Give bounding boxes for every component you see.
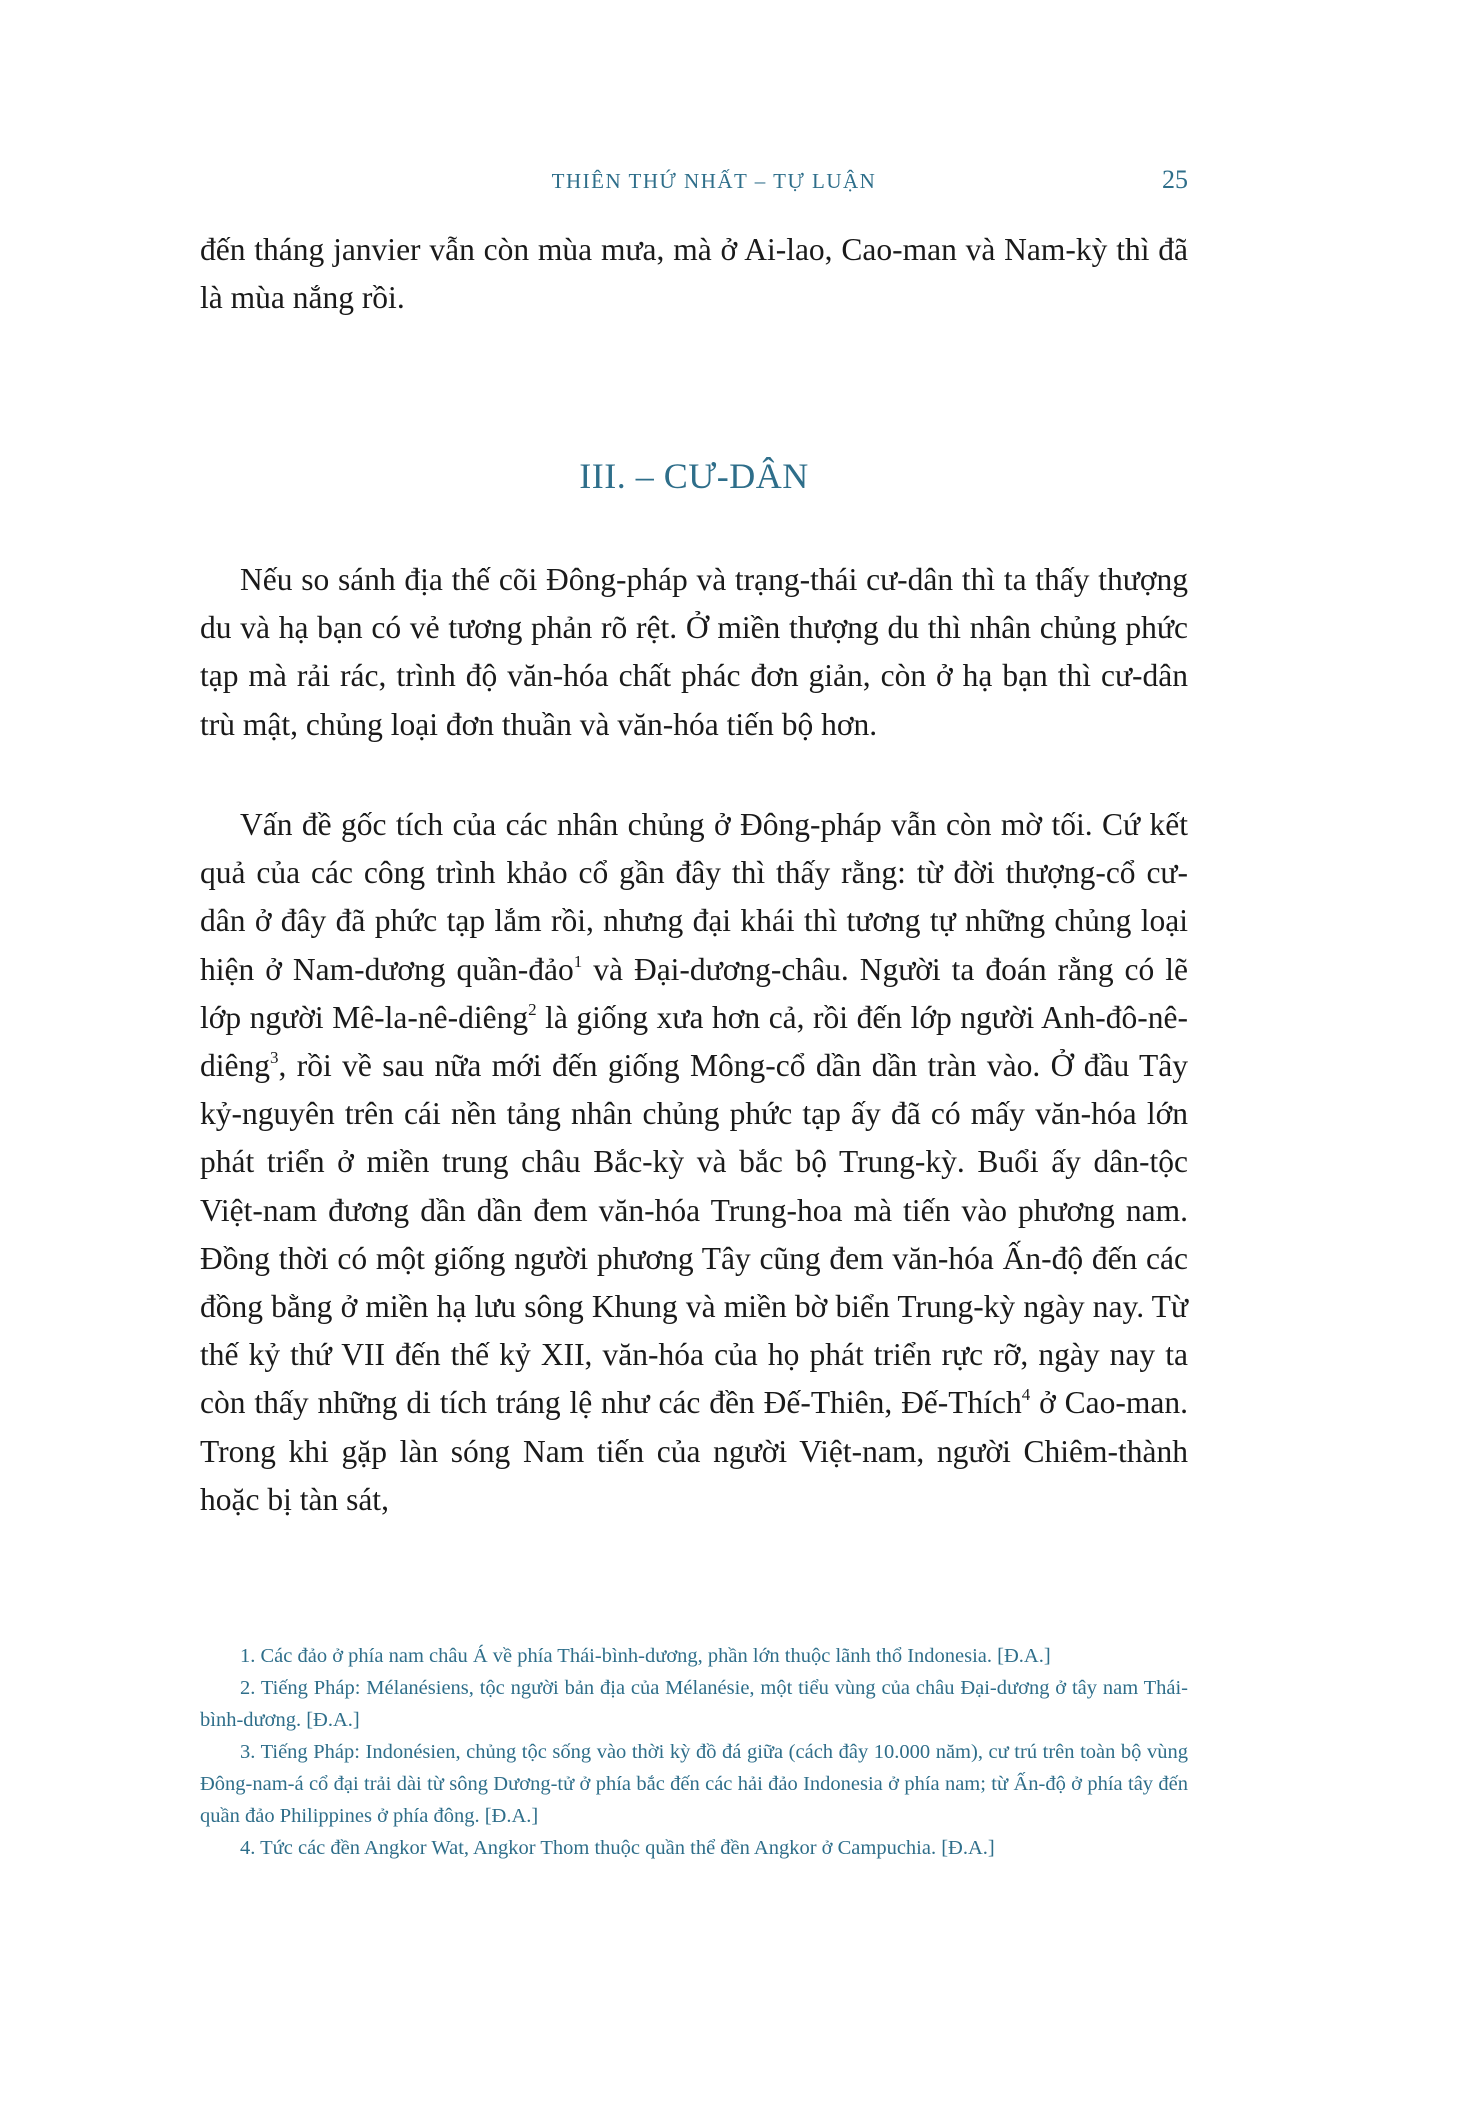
- page-number: 25: [1162, 165, 1188, 195]
- footnote-ref-2[interactable]: 2: [528, 1000, 537, 1019]
- continuation-paragraph: đến tháng janvier vẫn còn mùa mưa, mà ở …: [200, 226, 1188, 322]
- paragraph-1: Nếu so sánh địa thế cõi Đông-pháp và trạ…: [200, 556, 1188, 749]
- paragraph-2-segment: , rồi về sau nữa mới đến giống Mông-cổ d…: [200, 1048, 1188, 1420]
- footnote-4: 4. Tức các đền Angkor Wat, Angkor Thom t…: [200, 1832, 1188, 1864]
- footnote-1: 1. Các đảo ở phía nam châu Á về phía Thá…: [200, 1640, 1188, 1672]
- section-heading: III. – CƯ-DÂN: [200, 455, 1188, 497]
- paragraph-2-text: Vấn đề gốc tích của các nhân chủng ở Đôn…: [200, 801, 1188, 1524]
- footnotes: 1. Các đảo ở phía nam châu Á về phía Thá…: [200, 1640, 1188, 1864]
- footnote-ref-4[interactable]: 4: [1022, 1385, 1031, 1404]
- footnote-2: 2. Tiếng Pháp: Mélanésiens, tộc người bả…: [200, 1672, 1188, 1736]
- running-header: THIÊN THỨ NHẤT – TỰ LUẬN 25: [200, 165, 1188, 205]
- footnote-ref-1[interactable]: 1: [574, 952, 583, 971]
- book-page: THIÊN THỨ NHẤT – TỰ LUẬN 25 đến tháng ja…: [0, 0, 1473, 2119]
- running-title: THIÊN THỨ NHẤT – TỰ LUẬN: [200, 169, 1188, 194]
- paragraph-1-text: Nếu so sánh địa thế cõi Đông-pháp và trạ…: [200, 556, 1188, 749]
- footnote-3: 3. Tiếng Pháp: Indonésien, chủng tộc sốn…: [200, 1736, 1188, 1832]
- paragraph-2: Vấn đề gốc tích của các nhân chủng ở Đôn…: [200, 801, 1188, 1524]
- continuation-text: đến tháng janvier vẫn còn mùa mưa, mà ở …: [200, 226, 1188, 322]
